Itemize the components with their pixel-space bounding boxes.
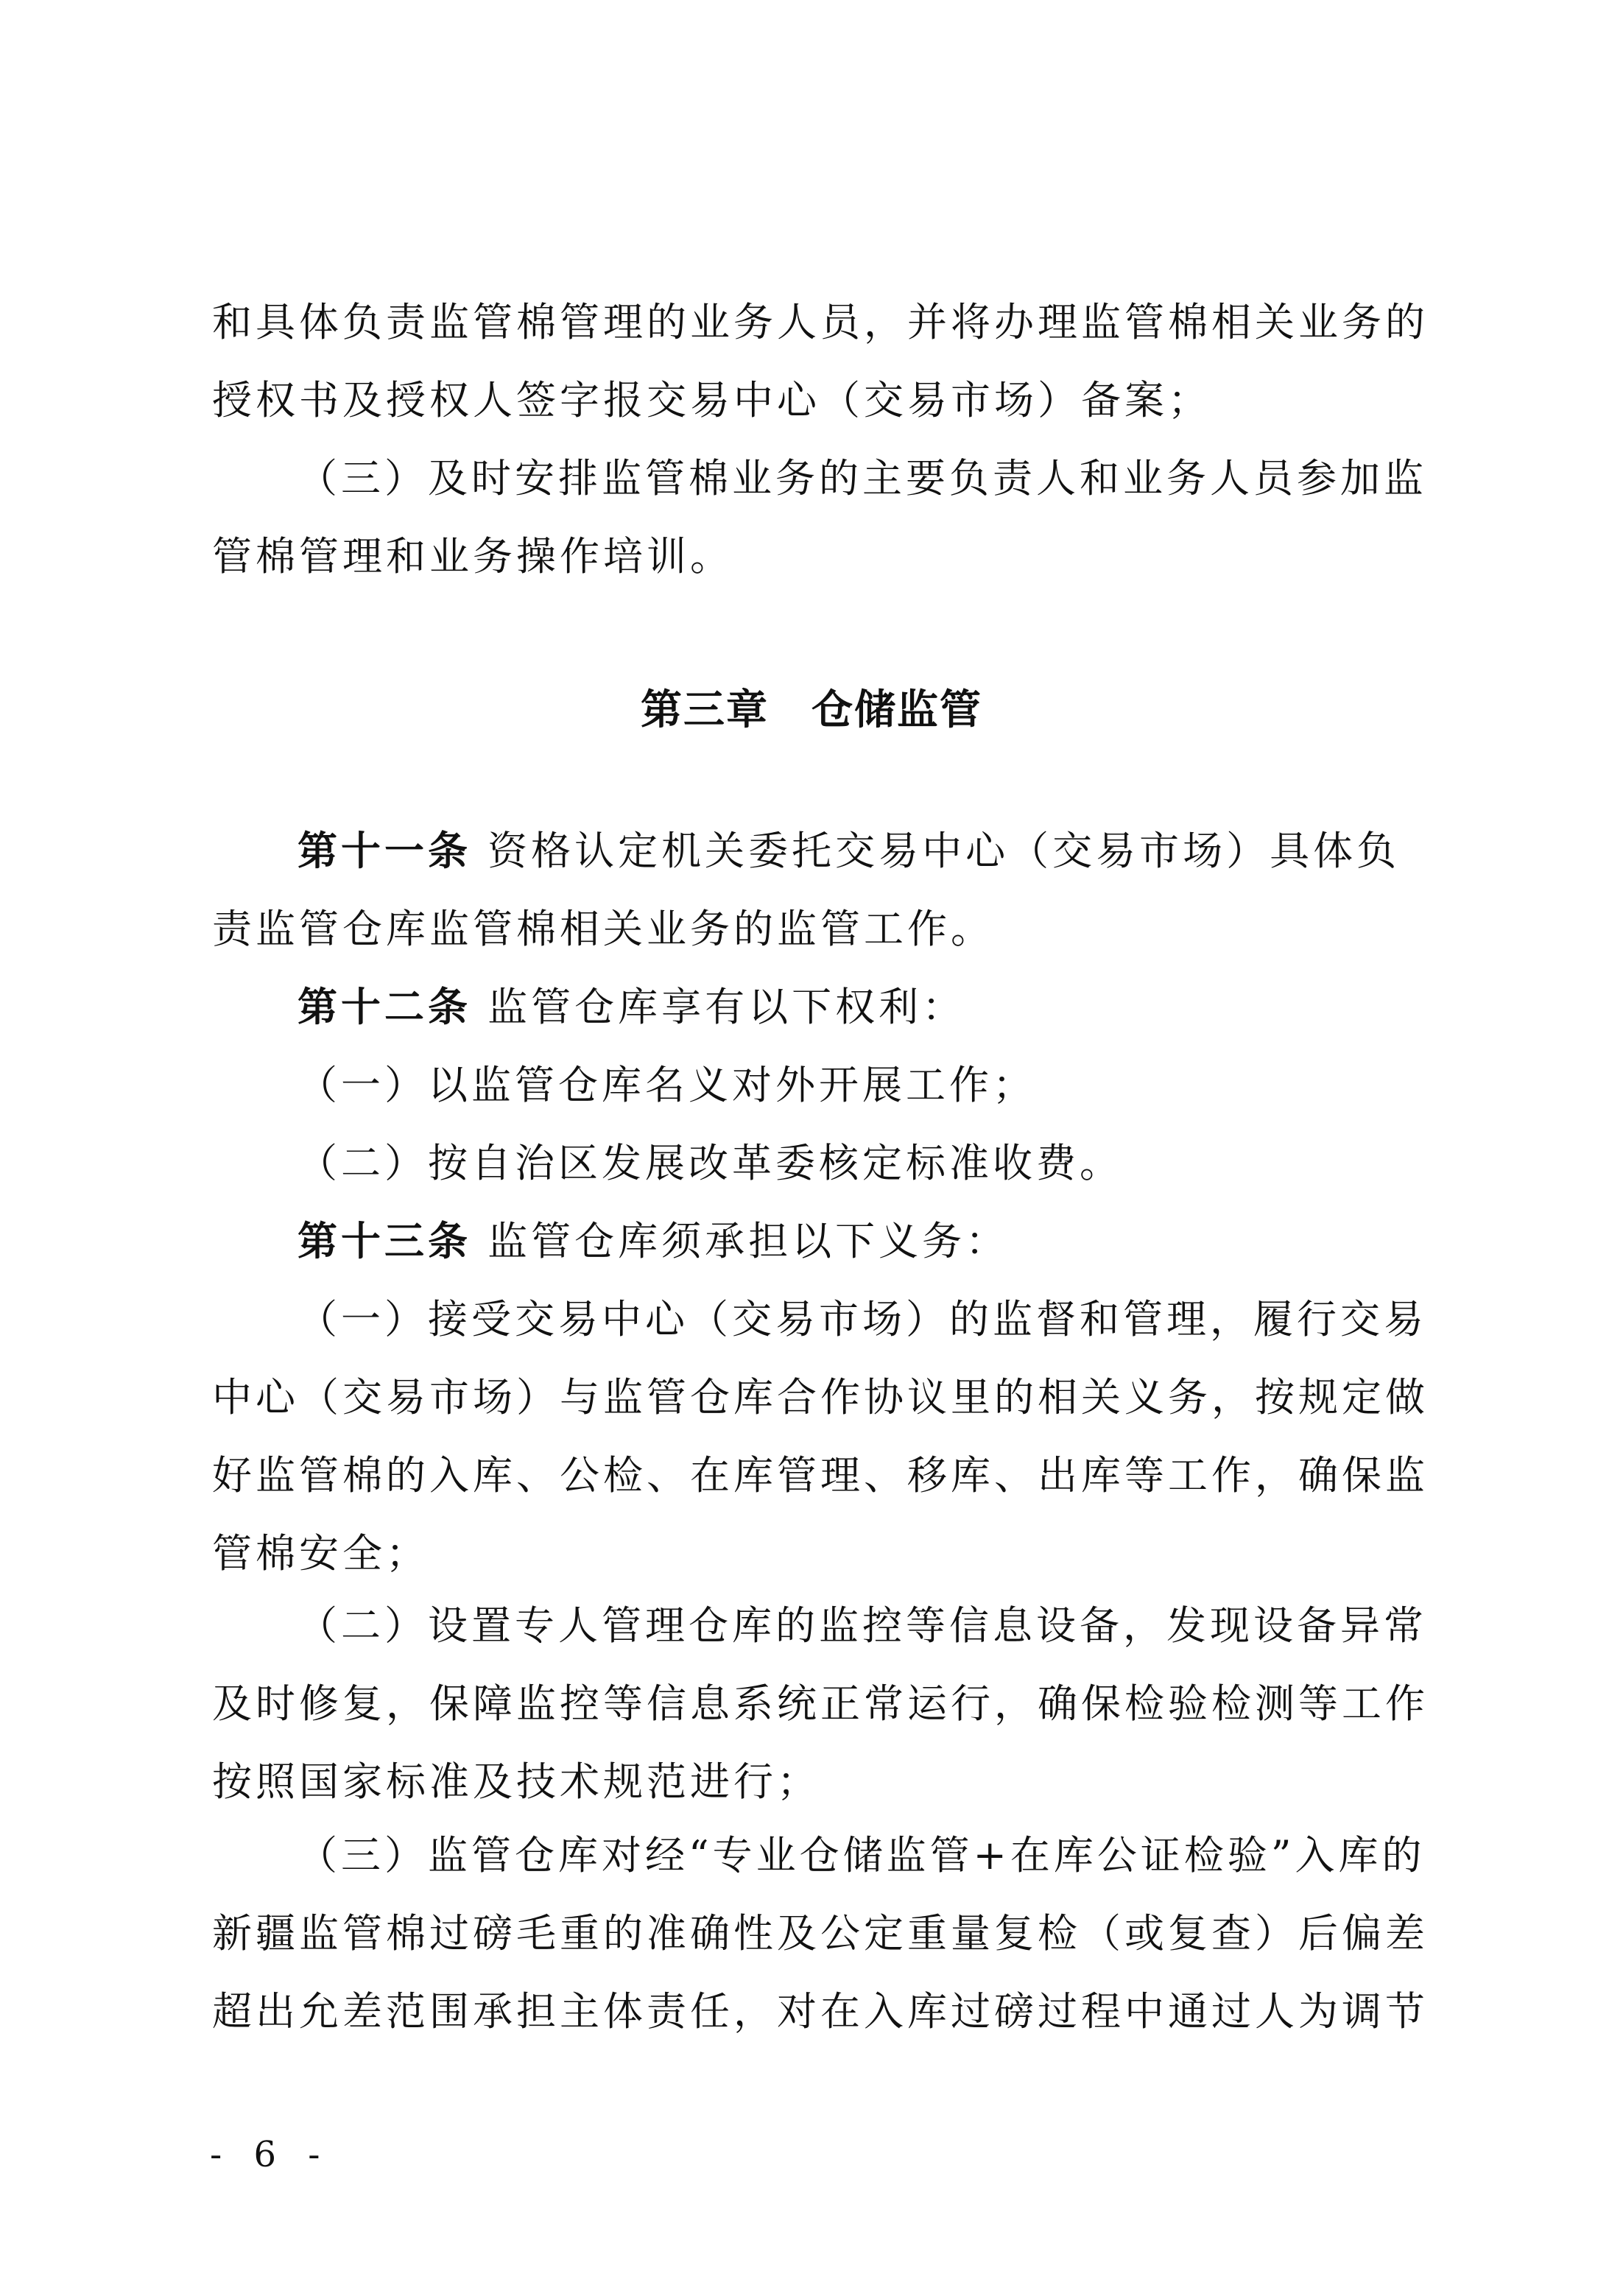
list-item: （一）以监管仓库名义对外开展工作； [298,1063,1505,1107]
paragraph-line: （三）及时安排监管棉业务的主要负责人和业务人员参加监 [298,457,1505,501]
paragraph-line: 及时修复，保障监控等信息系统正常运行，确保检验检测等工作 [212,1682,1420,1726]
article-13-line: 第十三条 监管仓库须承担以下义务： [298,1219,1505,1264]
paragraph-line: 按照国家标准及技术规范进行； [212,1760,1420,1804]
article-11-label: 第十一条 [298,828,471,874]
article-12-label: 第十二条 [298,984,471,1030]
page-number: - 6 - [210,2134,331,2175]
article-12-text: 监管仓库享有以下权利： [471,984,965,1030]
article-11-line: 第十一条 资格认定机关委托交易中心（交易市场）具体负 [298,829,1505,873]
paragraph-line: （二）设置专人管理仓库的监控等信息设备，发现设备异常 [298,1604,1505,1648]
paragraph-line: 管棉管理和业务操作培训。 [212,535,1420,579]
chapter-title: 第三章 仓储监管 [0,677,1623,736]
paragraph-line: 管棉安全； [212,1532,1420,1576]
paragraph-line: 中心（交易市场）与监管仓库合作协议里的相关义务，按规定做 [212,1376,1420,1420]
article-11-text: 资格认定机关委托交易中心（交易市场）具体负 [471,828,1400,874]
paragraph-line: 和具体负责监管棉管理的业务人员，并将办理监管棉相关业务的 [212,300,1420,345]
article-13-label: 第十三条 [298,1218,471,1264]
article-13-text: 监管仓库须承担以下义务： [471,1218,1009,1264]
paragraph-line: 超出允差范围承担主体责任，对在入库过磅过程中通过人为调节 [212,1990,1420,2034]
paragraph-line: 责监管仓库监管棉相关业务的监管工作。 [212,907,1420,951]
paragraph-line: 好监管棉的入库、公检、在库管理、移库、出库等工作，确保监 [212,1454,1420,1498]
article-12-line: 第十二条 监管仓库享有以下权利： [298,985,1505,1029]
paragraph-line: （三）监管仓库对经“专业仓储监管+在库公证检验”入库的 [298,1834,1505,1878]
document-page: 和具体负责监管棉管理的业务人员，并将办理监管棉相关业务的 授权书及授权人签字报交… [0,0,1623,2296]
list-item: （二）按自治区发展改革委核定标准收费。 [298,1141,1505,1186]
paragraph-line: 授权书及授权人签字报交易中心（交易市场）备案； [212,378,1420,423]
paragraph-line: （一）接受交易中心（交易市场）的监督和管理，履行交易 [298,1297,1505,1342]
paragraph-line: 新疆监管棉过磅毛重的准确性及公定重量复检（或复查）后偏差 [212,1912,1420,1956]
